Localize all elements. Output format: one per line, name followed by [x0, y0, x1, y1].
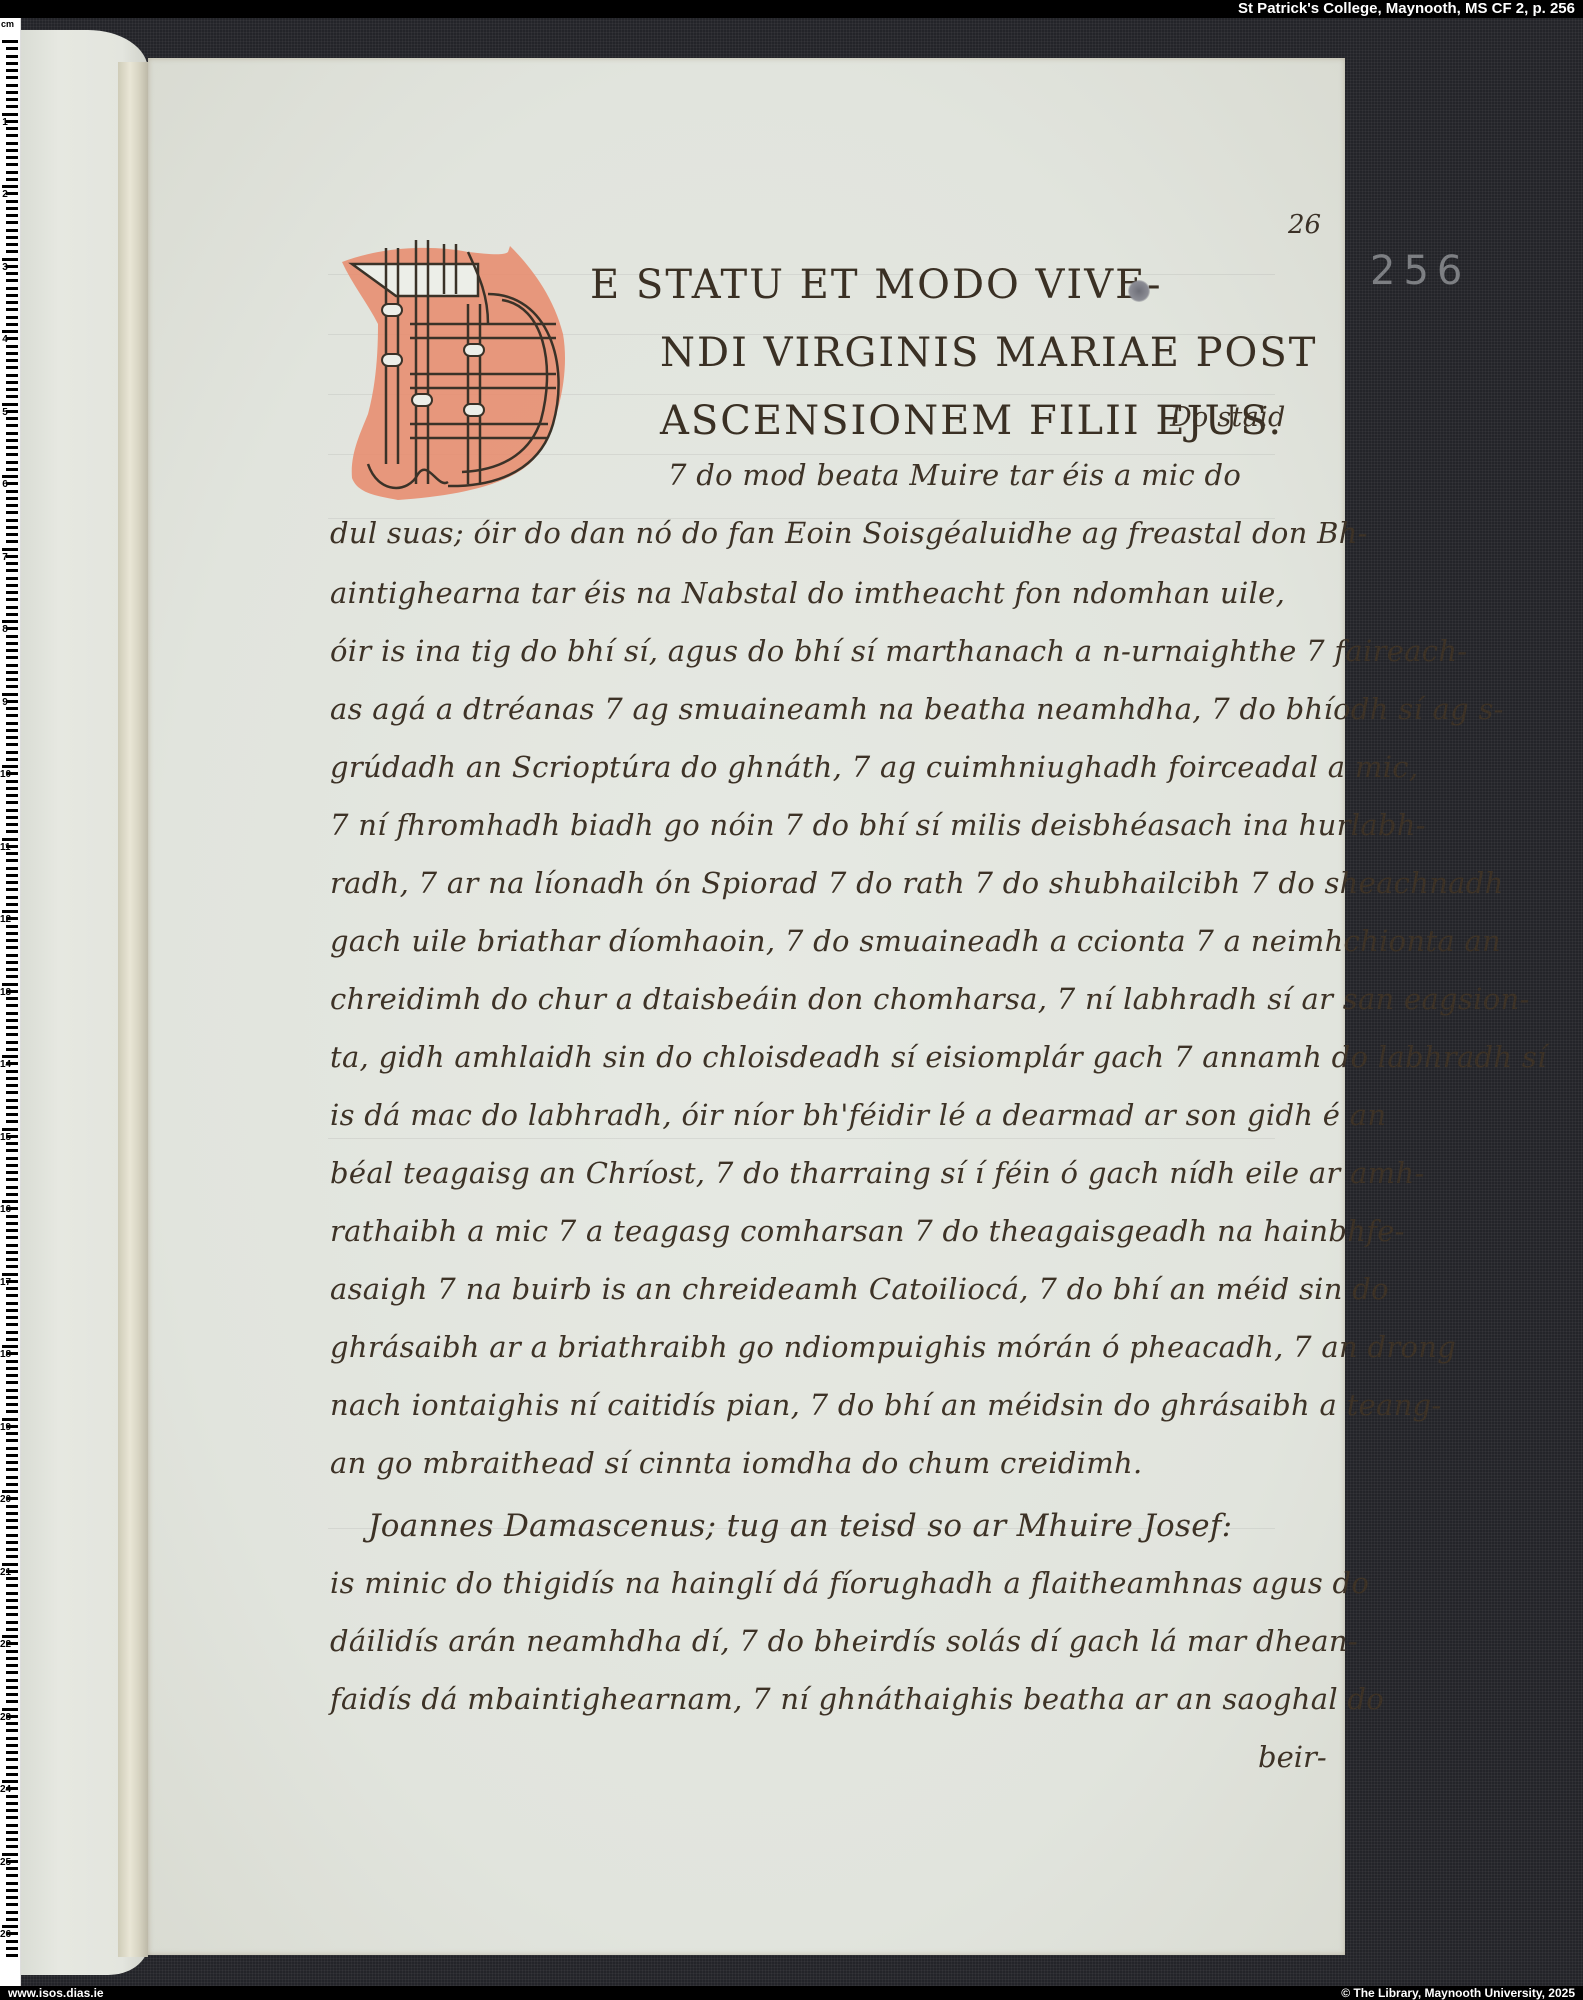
ruler-tick [6, 809, 18, 812]
ruler-tick [2, 1925, 18, 1928]
ruler-tick [6, 192, 18, 195]
ruler-tick [6, 1142, 18, 1145]
ruler-tick [6, 1642, 18, 1645]
text-line: ta, gidh amhlaidh sin do chloisdeadh sí … [330, 1040, 1547, 1074]
ruler-tick [6, 1896, 18, 1899]
ruler-tick [6, 316, 18, 319]
ruler-tick [6, 1787, 18, 1790]
ruler-tick [2, 1055, 18, 1058]
website-label: www.isos.dias.ie [8, 1986, 104, 2000]
ruler-tick [6, 1758, 18, 1761]
ruler-tick [6, 439, 18, 442]
ruler-tick [6, 881, 18, 884]
ruler-tick [6, 301, 18, 304]
ruler-tick [6, 671, 18, 674]
ruler-tick [2, 910, 18, 913]
ruler-tick [2, 1200, 18, 1203]
text-line: is dá mac do labhradh, óir níor bh'féidi… [330, 1098, 1386, 1132]
ruler-tick [6, 1548, 18, 1551]
ruler-tick [6, 939, 18, 942]
ruler-tick [6, 852, 18, 855]
ruler-tick [6, 714, 18, 717]
ruler-tick [2, 620, 18, 623]
ruler-tick [6, 1360, 18, 1363]
ruler-tick [6, 1070, 18, 1073]
ruler-tick [6, 294, 18, 297]
ruler-tick [6, 468, 18, 471]
ruler-tick [6, 1229, 18, 1232]
ruler-tick [6, 1679, 18, 1682]
ruler-tick [6, 1592, 18, 1595]
ink-folio-number: 26 [1288, 210, 1321, 240]
ruler-tick [6, 1940, 18, 1943]
ruler-tick [6, 221, 18, 224]
ruler-tick [6, 569, 18, 572]
ruler-tick [6, 743, 18, 746]
ruler-tick [6, 830, 18, 833]
ruler-tick [6, 1882, 18, 1885]
ruler-tick [6, 1280, 18, 1283]
ruler-tick [6, 1874, 18, 1877]
ink-stain [1128, 280, 1150, 302]
ruler-tick [6, 1352, 18, 1355]
ruler-tick [6, 678, 18, 681]
ruler-tick [6, 787, 18, 790]
ruler-tick [6, 1599, 18, 1602]
ruler-tick [6, 816, 18, 819]
ruler-tick [6, 91, 18, 94]
ruler-tick [2, 475, 18, 478]
ruler-tick [6, 345, 18, 348]
ruler-tick [6, 1693, 18, 1696]
ruler-tick [6, 736, 18, 739]
ruler-tick [6, 142, 18, 145]
ruler-tick [6, 888, 18, 891]
ruler-tick [6, 1164, 18, 1167]
ruler-tick [6, 105, 18, 108]
ruler-tick [6, 584, 18, 587]
ruler-tick [6, 76, 18, 79]
ruler-tick [6, 1287, 18, 1290]
ruler-tick [2, 983, 18, 986]
text-line: 7 do mod beata Muire tar éis a mic do [668, 458, 1241, 492]
ruler-tick [6, 780, 18, 783]
ruler-tick [6, 896, 18, 899]
ruler-tick [6, 171, 18, 174]
ruler-tick [6, 1396, 18, 1399]
paragraph-opening-line: Joannes Damascenus; tug an teisd so ar M… [368, 1508, 1232, 1544]
ruler-tick [6, 1084, 18, 1087]
ruler-tick [2, 330, 18, 333]
ruler-tick [6, 1505, 18, 1508]
ruler-tick [6, 323, 18, 326]
ruler-tick [2, 1635, 18, 1638]
ruler-tick [6, 954, 18, 957]
ruler-tick [6, 1425, 18, 1428]
ruler-tick [6, 1483, 18, 1486]
ruler-tick [6, 308, 18, 311]
ruler-tick [6, 925, 18, 928]
ruler-tick [6, 1570, 18, 1573]
ruler-tick [6, 946, 18, 949]
text-line: radh, 7 ar na líonadh ón Spiorad 7 do ra… [330, 866, 1504, 900]
text-line: 7 ní fhromhadh biadh go nóin 7 do bhí sí… [330, 808, 1426, 842]
ruler-tick [6, 497, 18, 500]
pencil-page-number: 256 [1370, 248, 1470, 294]
ruler-tick [6, 606, 18, 609]
ruler-tick [6, 366, 18, 369]
ruler-tick [6, 1816, 18, 1819]
ruler-tick [2, 258, 18, 261]
ruler-tick [6, 432, 18, 435]
ruler-tick [6, 1795, 18, 1798]
ruler-tick [6, 410, 18, 413]
ruler-tick [6, 707, 18, 710]
ruler-tick [6, 1091, 18, 1094]
ruler-tick [6, 649, 18, 652]
ruler-tick [6, 1802, 18, 1805]
page-title: St Patrick's College, Maynooth, MS CF 2,… [1238, 0, 1575, 18]
ruler-tick [6, 490, 18, 493]
ruler-tick [6, 1403, 18, 1406]
ruler-tick [6, 1534, 18, 1537]
ruler-tick [2, 693, 18, 696]
ruler-tick [6, 287, 18, 290]
text-line: grúdadh an Scrioptúra do ghnáth, 7 ag cu… [330, 750, 1418, 784]
ruler-tick [6, 1650, 18, 1653]
text-line: an go mbraithead sí cinnta iomdha do chu… [330, 1446, 1143, 1480]
ruler-tick [6, 55, 18, 58]
ruler-tick [6, 461, 18, 464]
ruler-tick [6, 424, 18, 427]
ruler-tick [6, 1773, 18, 1776]
ruler-tick [6, 1737, 18, 1740]
ruler-tick [6, 1062, 18, 1065]
ruler-tick [6, 62, 18, 65]
ruler-tick [6, 1389, 18, 1392]
ruler-tick [6, 127, 18, 130]
ruler-tick [6, 1918, 18, 1921]
ruler-tick [6, 1374, 18, 1377]
ruler-tick [6, 1012, 18, 1015]
ruler-tick [6, 932, 18, 935]
ruler-tick [6, 69, 18, 72]
ruler-tick [6, 1207, 18, 1210]
ruler-tick [6, 874, 18, 877]
ruler-tick [2, 1708, 18, 1711]
ruler-tick [6, 642, 18, 645]
ruler-tick [6, 236, 18, 239]
ruler-tick [6, 990, 18, 993]
ruler-tick [6, 1171, 18, 1174]
ruler-tick [6, 1244, 18, 1247]
ruler-tick [6, 214, 18, 217]
ruler-tick [6, 1911, 18, 1914]
ruler-tick [6, 1664, 18, 1667]
ruler-tick [6, 562, 18, 565]
ruler-tick [6, 1186, 18, 1189]
text-line: dul suas; óir do dan nó do fan Eoin Sois… [330, 516, 1368, 550]
ruler-tick [6, 758, 18, 761]
ruler-tick [6, 1555, 18, 1558]
ruler-tick [6, 903, 18, 906]
ruler-tick [6, 1541, 18, 1544]
ruler-tick [6, 1671, 18, 1674]
ruler-tick [6, 395, 18, 398]
ruler-tick [2, 548, 18, 551]
ruler-tick [6, 1454, 18, 1457]
ruler-tick [2, 1345, 18, 1348]
ruler-tick [6, 859, 18, 862]
ruler-tick [6, 845, 18, 848]
ruler-tick [6, 577, 18, 580]
ruler-tick [2, 403, 18, 406]
ruler-tick [6, 635, 18, 638]
ruler-tick [6, 1265, 18, 1268]
ruler-tick [6, 1439, 18, 1442]
text-line: faidís dá mbaintighearnam, 7 ní ghnáthai… [330, 1682, 1384, 1716]
heading-line-2: NDI VIRGINIS MARIAE POST [660, 330, 1317, 376]
ruler-tick [6, 417, 18, 420]
text-line: ghrásaibh ar a briathraibh go ndiompuigh… [330, 1330, 1456, 1364]
ruler-tick [6, 1831, 18, 1834]
ruler-tick [6, 1744, 18, 1747]
ruler-tick [6, 961, 18, 964]
ruler-tick [6, 729, 18, 732]
ruler-unit-label: cm [1, 19, 14, 29]
ruler-tick [6, 598, 18, 601]
ruler-tick [2, 1418, 18, 1421]
ruler-tick [2, 185, 18, 188]
ruler-tick [6, 1251, 18, 1254]
ruler-tick [6, 997, 18, 1000]
ruler-tick [6, 1729, 18, 1732]
ruler-tick [6, 1309, 18, 1312]
ruler-tick [6, 867, 18, 870]
ruler-tick [6, 1026, 18, 1029]
ruler-tick [6, 1099, 18, 1102]
ruler-tick [6, 1809, 18, 1812]
ruler-tick [6, 243, 18, 246]
ruler-tick [2, 1490, 18, 1493]
ruler-tick [6, 1178, 18, 1181]
ruler-tick [6, 1222, 18, 1225]
text-line: nach iontaighis ní caitidís pian, 7 do b… [330, 1388, 1442, 1422]
ruler-tick [6, 1120, 18, 1123]
ruler-tick [6, 533, 18, 536]
ruler-tick [6, 1526, 18, 1529]
ruler-tick [6, 207, 18, 210]
ruler-tick [6, 1432, 18, 1435]
ruler-tick [2, 1853, 18, 1856]
ruler-tick [6, 120, 18, 123]
ruler-tick [6, 1860, 18, 1863]
ruler-tick [6, 156, 18, 159]
ruler-tick [6, 453, 18, 456]
ruler-tick [6, 1686, 18, 1689]
ruler-tick [6, 1512, 18, 1515]
ruler-tick [6, 1628, 18, 1631]
ruler-tick [6, 1468, 18, 1471]
ruler-tick [6, 1302, 18, 1305]
header-bar: St Patrick's College, Maynooth, MS CF 2,… [0, 0, 1583, 18]
ruler-tick [6, 751, 18, 754]
ruler-tick [6, 1316, 18, 1319]
ruler-tick [6, 134, 18, 137]
ruler-tick [6, 482, 18, 485]
ruler-tick [6, 178, 18, 181]
ruler-tick [6, 47, 18, 50]
ruler-tick [6, 352, 18, 355]
ruler-tick [2, 1128, 18, 1131]
ruler-tick [6, 1193, 18, 1196]
ruler-tick [6, 511, 18, 514]
ruler-tick [6, 265, 18, 268]
text-line: is minic do thigidís na hainglí dá fíoru… [330, 1566, 1369, 1600]
text-line: as agá a dtréanas 7 ag smuaineamh na bea… [330, 692, 1504, 726]
ruler-tick [2, 1780, 18, 1783]
ruler-tick [6, 84, 18, 87]
ruler-tick [2, 40, 18, 43]
ruler-tick [6, 1751, 18, 1754]
ruler-tick [6, 337, 18, 340]
ruler-tick [6, 1331, 18, 1334]
ruler-tick [6, 1294, 18, 1297]
measurement-ruler: cm 1234567891011121314151617181920212223… [0, 18, 21, 1986]
ruler-tick [6, 801, 18, 804]
ruler-tick [6, 685, 18, 688]
ruler-tick [6, 1135, 18, 1138]
ruler-tick [2, 1273, 18, 1276]
text-line: asaigh 7 na buirb is an chreideamh Catoi… [330, 1272, 1389, 1306]
ruler-tick [6, 1258, 18, 1261]
ruler-tick [6, 446, 18, 449]
ruler-tick [6, 1947, 18, 1950]
heading-line-1: E STATU ET MODO VIVE- [590, 262, 1163, 308]
ruler-tick [6, 722, 18, 725]
ruler-tick [6, 200, 18, 203]
ruler-tick [6, 772, 18, 775]
ruler-tick [6, 1106, 18, 1109]
ruler-tick [6, 1215, 18, 1218]
catchword: beir- [1258, 1740, 1327, 1774]
copyright-label: © The Library, Maynooth University, 2025 [1341, 1986, 1575, 2000]
text-line: chreidimh do chur a dtaisbeáin don chomh… [330, 982, 1530, 1016]
ruler-tick [6, 1889, 18, 1892]
ruler-tick [6, 1410, 18, 1413]
ruler-tick [6, 1867, 18, 1870]
ruler-tick [6, 504, 18, 507]
ruler-tick [6, 1019, 18, 1022]
ruler-tick [6, 1041, 18, 1044]
ruler-tick [6, 359, 18, 362]
text-line: óir is ina tig do bhí sí, agus do bhí sí… [330, 634, 1467, 668]
ruler-tick [6, 656, 18, 659]
ruler-tick [6, 250, 18, 253]
ruler-tick [6, 1657, 18, 1660]
ruler-tick [6, 1461, 18, 1464]
ruler-tick [6, 1700, 18, 1703]
ruler-tick [6, 975, 18, 978]
ruler-tick [6, 917, 18, 920]
ruler-tick [6, 1381, 18, 1384]
heading-continuation: Do staid [1170, 402, 1286, 433]
ruler-tick [6, 591, 18, 594]
ruler-tick [6, 279, 18, 282]
text-line: béal teagaisg an Chríost, 7 do tharraing… [330, 1156, 1425, 1190]
ruler-tick [6, 794, 18, 797]
ruler-tick [6, 519, 18, 522]
ruler-tick [6, 1447, 18, 1450]
ruled-line [328, 1138, 1275, 1139]
ruler-tick [6, 1149, 18, 1152]
ruler-tick [6, 381, 18, 384]
ruler-tick [6, 1577, 18, 1580]
ruler-tick [6, 1621, 18, 1624]
ruler-tick [6, 1113, 18, 1116]
ruler-tick [6, 1766, 18, 1769]
ruler-tick [6, 700, 18, 703]
ruler-tick [2, 1563, 18, 1566]
ruler-tick [6, 374, 18, 377]
ruler-tick [6, 272, 18, 275]
ruler-tick [6, 1903, 18, 1906]
ruler-tick [6, 388, 18, 391]
ruler-tick [6, 613, 18, 616]
ruler-tick [6, 1722, 18, 1725]
ruler-tick [6, 1476, 18, 1479]
text-line: dáilidís arán neamhdha dí, 7 do bheirdís… [330, 1624, 1358, 1658]
ruler-tick [6, 1838, 18, 1841]
ruler-tick [6, 1824, 18, 1827]
ruler-tick [6, 1367, 18, 1370]
ruler-tick [6, 1236, 18, 1239]
text-line: aintighearna tar éis na Nabstal do imthe… [330, 576, 1285, 610]
ruler-tick [6, 1157, 18, 1160]
ruler-tick [6, 1613, 18, 1616]
ruler-tick [6, 1519, 18, 1522]
ruler-tick [6, 229, 18, 232]
ruler-tick [6, 823, 18, 826]
ruler-tick [2, 838, 18, 841]
ruler-tick [6, 98, 18, 101]
ruler-tick [6, 1606, 18, 1609]
ruler-tick [2, 113, 18, 116]
ruler-tick [6, 1077, 18, 1080]
ruler-tick [6, 968, 18, 971]
ruler-tick [6, 627, 18, 630]
ruler-tick [6, 1004, 18, 1007]
binding-gutter [118, 62, 148, 1957]
ruler-tick [6, 1048, 18, 1051]
ruler-tick [6, 1954, 18, 1957]
ruler-tick [6, 1845, 18, 1848]
ruler-tick [6, 163, 18, 166]
ruler-tick [6, 664, 18, 667]
ruler-tick [6, 149, 18, 152]
ruler-tick [6, 1497, 18, 1500]
ruler-tick [6, 1932, 18, 1935]
text-line: rathaibh a mic 7 a teagasg comharsan 7 d… [330, 1214, 1405, 1248]
ruler-tick [6, 1584, 18, 1587]
ruler-tick [6, 1715, 18, 1718]
ruler-tick [6, 1338, 18, 1341]
text-line: gach uile briathar díomhaoin, 7 do smuai… [330, 924, 1501, 958]
footer-bar: www.isos.dias.ie © The Library, Maynooth… [0, 1986, 1583, 2000]
ruler-tick [6, 1323, 18, 1326]
ruler-tick [2, 765, 18, 768]
ruler-tick [6, 526, 18, 529]
